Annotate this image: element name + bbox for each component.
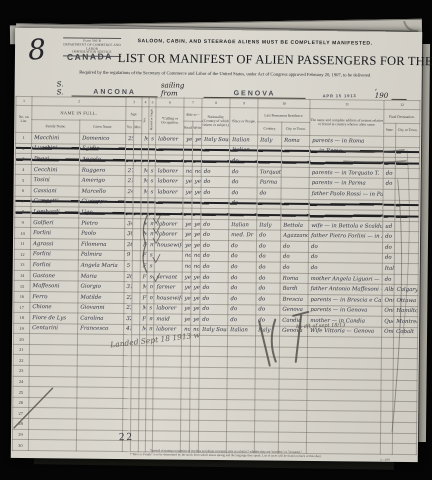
cell-given: Giuseppe [79, 197, 125, 208]
cell-race: do [228, 304, 256, 315]
cell-relative [307, 379, 381, 390]
cell-yrs: 5 [124, 261, 132, 272]
cell-dest_state [381, 412, 393, 423]
cell-yrs [123, 356, 131, 367]
col-num: 7 [184, 98, 202, 107]
cell-nationality [201, 198, 229, 209]
cell-relative: — in Roma [309, 146, 383, 157]
cell-read: yes [182, 314, 191, 325]
cell-mos [132, 314, 140, 325]
cell-write [190, 399, 199, 410]
col-header-mos: Mos. [134, 121, 142, 134]
ship-name-stamp: ANCONA [93, 89, 136, 96]
cell-mos [131, 356, 139, 367]
cell-dest_state: ud [383, 221, 395, 232]
cell-dest_state [383, 157, 395, 168]
cell-country: do [256, 304, 280, 315]
cell-dest_city [396, 136, 420, 147]
cell-country [255, 357, 279, 368]
cell-dest_city [393, 412, 417, 423]
cell-mos [132, 261, 140, 272]
cell-occupation: farmer [154, 282, 182, 293]
cell-given: Marcello [79, 186, 125, 197]
cell-no: 30 [12, 440, 28, 451]
cell-yrs [123, 398, 131, 409]
cell-read [180, 431, 189, 442]
manifest-notice: SALOON, CABIN, AND STEERAGE ALIENS MUST … [105, 38, 405, 47]
cell-family: Cecchini [31, 164, 79, 175]
cell-write: no [191, 251, 200, 262]
cell-nationality [199, 336, 227, 347]
cell-dest_city [394, 274, 418, 285]
cell-race [227, 357, 255, 368]
cell-no: 19 [14, 323, 30, 334]
cell-family [29, 387, 77, 398]
col-num: 3 [126, 98, 142, 107]
cell-city: Bardi [280, 283, 308, 294]
footnote-line: †"Race or People" is to be determined by… [101, 453, 351, 459]
cell-family: Agrassi [30, 238, 78, 249]
cell-read [183, 208, 192, 219]
cell-write: no [192, 166, 201, 177]
col-header-race: †Race or People. [230, 108, 258, 135]
col-header-dest-city: City or Town. [396, 123, 420, 136]
ss-label: S. S. [57, 80, 72, 96]
col-header-country: Country. [258, 122, 282, 135]
cell-write: yes [191, 293, 200, 304]
cell-dest_city [395, 221, 419, 232]
cell-country [255, 379, 279, 390]
cell-city: Agazzano [281, 231, 309, 242]
cell-relative: parents — in Parma [309, 178, 383, 189]
cell-city: Roma [280, 273, 308, 284]
cell-nationality: do [201, 219, 229, 230]
cell-family: Golfieri [31, 217, 79, 228]
cell-read: yes [182, 304, 191, 315]
cell-country [257, 209, 281, 220]
cell-no: 3 [15, 154, 31, 165]
cell-relative [309, 199, 383, 210]
cell-yrs [125, 155, 133, 166]
cell-given: Maria [78, 271, 124, 282]
cell-occupation: laborer [155, 166, 183, 177]
cell-relative: father Pietro Forlini — in Agazzano [309, 231, 383, 242]
cell-dest_state: do [383, 232, 395, 243]
cell-race [227, 368, 255, 379]
cell-city [279, 400, 307, 411]
cell-race: Italian [228, 325, 256, 336]
cell-country [255, 347, 279, 358]
cell-dest_city [393, 391, 417, 402]
cell-dest_state: do [382, 242, 394, 253]
cell-nationality: do [201, 230, 229, 241]
cell-nationality: do [200, 314, 228, 325]
cell-read [181, 410, 190, 421]
cell-no: 18 [14, 312, 30, 323]
cell-race: do [228, 272, 256, 283]
cell-given [77, 408, 123, 419]
cell-family [28, 440, 76, 451]
cell-country [255, 400, 279, 411]
cell-read [183, 145, 192, 156]
cell-occupation [153, 409, 181, 420]
cell-race: do [228, 241, 256, 252]
cell-write: no [191, 261, 200, 272]
cell-yrs: 27 [125, 165, 133, 176]
cell-city [279, 368, 307, 379]
cell-relative [307, 358, 381, 369]
cell-country [255, 410, 279, 421]
cell-relative [307, 369, 381, 380]
cell-family [29, 344, 77, 355]
cell-read: no [183, 166, 192, 177]
cell-country [255, 368, 279, 379]
cell-no: 4 [15, 164, 31, 175]
cell-relative: mother Angela Liguori — in Roma [308, 273, 382, 284]
cell-occupation [155, 208, 183, 219]
cell-occupation: laborer [155, 219, 183, 230]
col-num: 6 [156, 98, 184, 107]
cell-nationality: do [200, 304, 228, 315]
cell-write [190, 410, 199, 421]
cell-occupation [155, 144, 183, 155]
cell-given [77, 387, 123, 398]
cell-no: 16 [14, 291, 30, 302]
cell-occupation: laborer [155, 229, 183, 240]
cell-mos [132, 250, 140, 261]
cell-race [229, 209, 257, 220]
cell-yrs: 31 [124, 282, 132, 293]
cell-family [29, 419, 77, 430]
cell-dest_city [395, 211, 419, 222]
cell-family: Maffesoni [30, 281, 78, 292]
cell-dest_state: do [382, 274, 394, 285]
cell-write [190, 357, 199, 368]
cell-relative: do [308, 263, 382, 274]
cell-yrs [123, 367, 131, 378]
cell-dest_city [393, 338, 417, 349]
cell-occupation: housewife [154, 240, 182, 251]
cell-occupation: laborer [155, 187, 183, 198]
cell-read: yes [182, 240, 191, 251]
cell-no: 28 [13, 418, 29, 429]
cell-city: do [280, 252, 308, 263]
cell-no: 21 [13, 344, 29, 355]
col-header-destination: Final Destination. [384, 109, 420, 123]
cell-dest_state [381, 422, 393, 433]
cell-mos [132, 324, 140, 335]
cell-yrs [123, 377, 131, 388]
cell-country: do [256, 283, 280, 294]
cell-write: yes [191, 304, 200, 315]
title-row: CANADALIST OR MANIFEST OF ALIEN PASSENGE… [67, 48, 419, 70]
cell-city [279, 379, 307, 390]
cell-family [28, 429, 76, 440]
cell-yrs [123, 409, 131, 420]
cell-city: Bettola [281, 220, 309, 231]
cell-yrs: 24 [125, 187, 133, 198]
port-stamp: GENOVA [234, 90, 276, 97]
cell-no: 7 [15, 196, 31, 207]
cell-family [29, 397, 77, 408]
cell-family: Fiore de Lys [30, 313, 78, 324]
cell-given: Palmira [78, 250, 124, 261]
cell-city [281, 209, 309, 220]
cell-family [29, 355, 77, 366]
cell-read: no [182, 261, 191, 272]
cell-city [281, 156, 309, 167]
cell-country: Parma [257, 177, 281, 188]
cell-city [281, 199, 309, 210]
cell-relative: do [308, 241, 382, 252]
cell-occupation: servant [154, 272, 182, 283]
cell-mos [132, 271, 140, 282]
cell-mos [134, 134, 142, 145]
col-num: 8 [202, 98, 230, 107]
cell-country: Torquato T. [257, 167, 281, 178]
cell-dest_state [381, 369, 393, 380]
cell-race: do [229, 198, 257, 209]
cell-dest_city: Ottawa [394, 295, 418, 306]
cell-read [183, 155, 192, 166]
cell-country: Italy [256, 326, 280, 337]
cell-race [227, 410, 255, 421]
cell-write: yes [191, 272, 200, 283]
cell-yrs: 9 [124, 250, 132, 261]
cell-given: Domenico [80, 133, 126, 144]
cell-relative: wife — in Bettola e Scalduzzo [309, 220, 383, 231]
page-title: LIST OR MANIFEST OF ALIEN PASSENGERS FOR… [118, 51, 432, 69]
col-num: 12 [384, 100, 420, 109]
col-header-name: NAME IN FULL. [32, 106, 126, 121]
cell-race: do [229, 188, 257, 199]
cell-no: 23 [13, 365, 29, 376]
cell-nationality [199, 389, 227, 400]
cell-given [76, 430, 122, 441]
cell-occupation [154, 250, 182, 261]
cell-no: 11 [14, 238, 30, 249]
scan-canvas: 8 Form 500-B DEPARTMENT OF COMMERCE AND … [0, 0, 432, 480]
cell-mos [131, 409, 139, 420]
cell-yrs [125, 197, 133, 208]
sailing-from-label: sailing from [161, 81, 201, 97]
cell-mos [131, 377, 139, 388]
cell-mos [133, 229, 141, 240]
cell-write [190, 378, 199, 389]
cell-given: Francesco [78, 324, 124, 335]
cell-read [181, 367, 190, 378]
cell-no: 2 [15, 143, 31, 154]
cell-mos [131, 398, 139, 409]
cell-dest_state [380, 443, 392, 454]
cell-mos [133, 218, 141, 229]
cell-read: yes [182, 293, 191, 304]
cell-family: Campetti [31, 196, 79, 207]
cell-yrs: 30 [125, 229, 133, 240]
cell-nationality [201, 208, 229, 219]
cell-given: Giorgio [78, 281, 124, 292]
cell-mos [133, 165, 141, 176]
cell-city [279, 347, 307, 358]
cell-no: 8 [15, 207, 31, 218]
cell-dest_city [393, 422, 417, 433]
cell-relative [306, 432, 380, 443]
cell-mos [132, 303, 140, 314]
cell-race [227, 378, 255, 389]
cell-given: Giovanni [78, 303, 124, 314]
cell-race: do [228, 251, 256, 262]
cell-dest_state [381, 380, 393, 391]
cell-write: yes [192, 219, 201, 230]
cell-dest_city: Hamilton [394, 306, 418, 317]
cell-no: 15 [14, 281, 30, 292]
col-header-city: City or Town. [282, 122, 310, 135]
cell-nationality [199, 410, 227, 421]
cell-city [279, 358, 307, 369]
cell-family: Gastone [30, 270, 78, 281]
cell-city: Brescia [280, 294, 308, 305]
cell-race [227, 346, 255, 357]
cell-mos [131, 345, 139, 356]
sheet-number: 8 [27, 33, 47, 67]
col-header-able-to: Able to— [184, 107, 202, 121]
cell-read [181, 399, 190, 410]
cell-city [281, 188, 309, 199]
cell-write [190, 367, 199, 378]
col-header-occupation: *Calling or Occupation. [156, 107, 184, 134]
cell-occupation [153, 420, 181, 431]
cell-relative: father Paolo Rossi — in Parma [309, 188, 383, 199]
cell-nationality [198, 431, 226, 442]
cell-given [77, 377, 123, 388]
cell-dest_state [381, 390, 393, 401]
cell-dest_city [395, 168, 419, 179]
footnotes: *Instead of stating occupation of teache… [101, 449, 351, 459]
cell-dest_state: Italia [382, 263, 394, 274]
cell-dest_state: do [382, 253, 394, 264]
cell-dest_state [381, 401, 393, 412]
cell-given: Carolina [78, 313, 124, 324]
cell-country: do [256, 262, 280, 273]
cell-nationality: Italy South [202, 134, 230, 145]
cell-occupation: maid [154, 314, 182, 325]
cell-given: Egidio [79, 144, 125, 155]
cell-write: yes [191, 314, 200, 325]
cell-no: 22 [13, 355, 29, 366]
cell-nationality [201, 156, 229, 167]
cell-dest_city [394, 263, 418, 274]
cell-city [281, 167, 309, 178]
cell-family [29, 376, 77, 387]
cell-occupation [153, 356, 181, 367]
cell-no: 26 [13, 397, 29, 408]
cell-nationality: do [200, 261, 228, 272]
cell-dest_city [394, 253, 418, 264]
cell-dest_state [383, 200, 395, 211]
cell-read: yes [184, 134, 193, 145]
cell-dest_state: Alba [382, 285, 394, 296]
cell-dest_city [393, 348, 417, 359]
cell-nationality [199, 420, 227, 431]
cell-read: yes [183, 187, 192, 198]
cell-nationality: do [201, 166, 229, 177]
cell-relative: father Antonio Maffesoni — in Bardi [308, 284, 382, 295]
col-header-no: No. on List. [16, 105, 32, 132]
cell-relative [307, 400, 381, 411]
cell-occupation [153, 346, 181, 357]
cell-race: do [229, 166, 257, 177]
cell-race: do [229, 156, 257, 167]
cell-dest_state: do [383, 179, 395, 190]
cell-nationality: do [200, 240, 228, 251]
col-header-nationality: Nationality. (Country of which citizen o… [202, 107, 230, 134]
year-label: , 190 [375, 84, 392, 100]
cell-relative [307, 347, 381, 358]
cell-write [190, 346, 199, 357]
cell-city [279, 389, 307, 400]
cell-dest_state: do [383, 168, 395, 179]
cell-city: Genova [280, 305, 308, 316]
cell-dest_state [381, 359, 393, 370]
cell-nationality [199, 346, 227, 357]
cell-country [254, 432, 278, 443]
cell-occupation [155, 155, 183, 166]
cell-write: yes [192, 187, 201, 198]
cell-read: yes [182, 282, 191, 293]
cell-read [181, 420, 190, 431]
cell-family: Centurini [30, 323, 78, 334]
cell-race [227, 421, 255, 432]
cell-country: do [256, 273, 280, 284]
cell-race: Italian [229, 219, 257, 230]
cell-yrs: 21 [125, 176, 133, 187]
cell-yrs: 41 [124, 324, 132, 335]
cell-occupation [152, 430, 180, 441]
cell-occupation [154, 261, 182, 272]
cell-race: do [229, 177, 257, 188]
cell-dest_city [394, 242, 418, 253]
cell-mos [133, 155, 141, 166]
cell-write: yes [191, 240, 200, 251]
cell-dest_state [384, 136, 396, 147]
regulation-subtitle: Required by the regulations of the Secre… [45, 69, 405, 78]
cell-given [77, 356, 123, 367]
cell-read: yes [183, 229, 192, 240]
cell-dest_city: Montreal [394, 316, 418, 327]
cell-country [257, 198, 281, 209]
cell-nationality [199, 378, 227, 389]
cell-nationality: do [200, 283, 228, 294]
cell-nationality [201, 145, 229, 156]
col-header-given-name: Given Name. [80, 120, 126, 133]
cell-yrs: 25 [126, 134, 134, 145]
cell-dest_state: Ont [382, 306, 394, 317]
cell-yrs: 20 [124, 271, 132, 282]
cell-dest_city [395, 179, 419, 190]
cell-given [77, 398, 123, 409]
cell-dest_state [380, 433, 392, 444]
col-header-state: State. [384, 123, 396, 136]
cell-country: do [257, 230, 281, 241]
cell-read [181, 388, 190, 399]
cell-no: 20 [13, 334, 29, 345]
cell-yrs [125, 144, 133, 155]
cell-race: Italian [229, 145, 257, 156]
cell-nationality [199, 367, 227, 378]
cell-mos [131, 388, 139, 399]
col-header-read: Read. [184, 121, 193, 134]
cell-no: 27 [13, 408, 29, 419]
